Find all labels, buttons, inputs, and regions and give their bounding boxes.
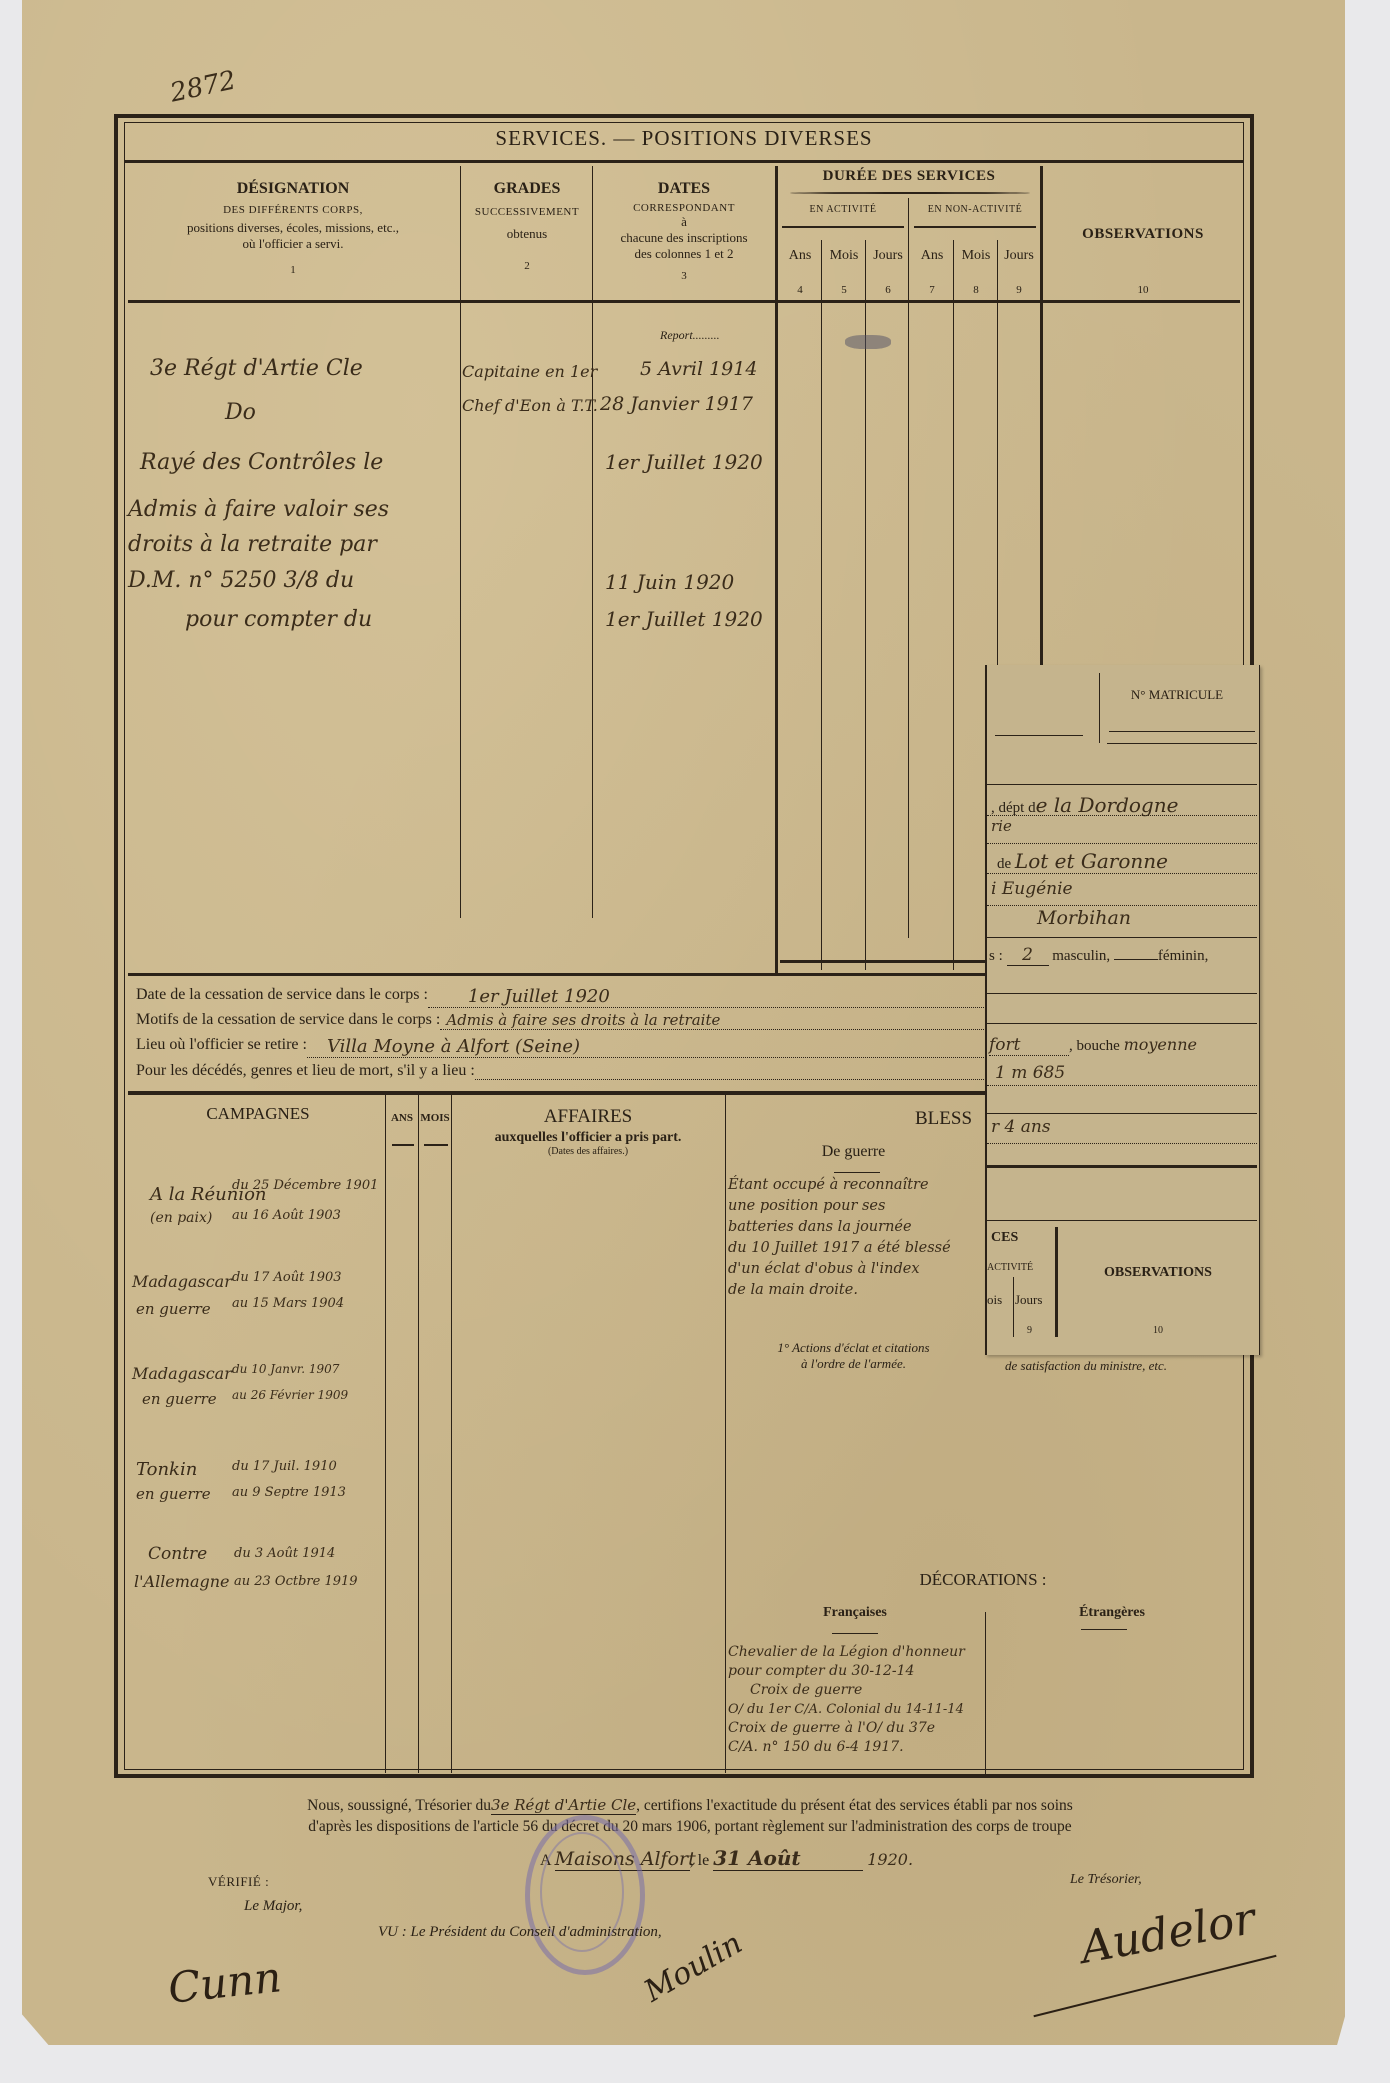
- slip-observations-divider: [1055, 1227, 1058, 1337]
- slip-de-value: Lot et Garonne: [1015, 849, 1168, 873]
- col-num-7: 7: [910, 284, 954, 296]
- decoration-line: Croix de guerre à l'O/ du 37e: [728, 1719, 984, 1738]
- campagne-sub: (en paix): [150, 1210, 212, 1226]
- cessation-lieu-value: Villa Moyne à Alfort (Seine): [307, 1036, 996, 1058]
- slip-mois-label: ois: [987, 1292, 1002, 1308]
- campagne-au: au 15 Mars 1904: [232, 1296, 344, 1311]
- col-num-8: 8: [954, 284, 998, 296]
- slip-row: [987, 993, 1257, 994]
- header-en-activite: EN ACTIVITÉ: [778, 204, 908, 215]
- duree-subheaders: Ans Mois Jours Ans Mois Jours: [778, 248, 1040, 264]
- campagnes-mois-header: MOIS: [419, 1112, 451, 1124]
- subcol-mois-non-activite: Mois: [954, 248, 998, 264]
- subcol-mois-activite: Mois: [822, 248, 866, 264]
- subcol-line: [865, 240, 866, 970]
- slip-line4: i Eugénie: [991, 879, 1073, 899]
- campagne-lieu: Madagascar: [132, 1364, 232, 1383]
- subcol-ans-non-activite: Ans: [910, 248, 954, 264]
- header-dates-line4: des colonnes 1 et 2: [594, 246, 774, 262]
- blessures-line: batteries dans la journée: [728, 1217, 988, 1238]
- tresorier-label: Le Trésorier,: [1070, 1872, 1142, 1888]
- slip-nez-value: fort: [989, 1035, 1069, 1056]
- decorations-francaises-header: Françaises: [726, 1605, 984, 1621]
- campagne-sub: en guerre: [142, 1390, 217, 1408]
- campagne-lieu: Contre: [148, 1544, 207, 1564]
- col-divider-1: [460, 166, 461, 918]
- col-num-6: 6: [866, 284, 910, 296]
- date-year: 1920.: [867, 1850, 913, 1869]
- slip-masculin-label: masculin,: [1052, 948, 1110, 964]
- major-label: Le Major,: [244, 1898, 302, 1915]
- slip-row: [987, 1165, 1257, 1168]
- header-grades-line1: SUCCESSIVEMENT: [462, 206, 592, 218]
- cessation-lieu-label: Lieu où l'officier se retire :: [136, 1036, 307, 1058]
- slip-dept-label: , dépt d: [991, 800, 1036, 816]
- slip-row: [987, 937, 1257, 938]
- campagnes-title: CAMPAGNES: [128, 1104, 388, 1124]
- blessures-line: Étant occupé à reconnaître: [728, 1175, 988, 1196]
- col-num-5: 5: [822, 284, 866, 296]
- affaires-header: AFFAIRES auxquelles l'officier a pris pa…: [452, 1106, 724, 1157]
- de-guerre-rule: [834, 1172, 880, 1173]
- row-date: 5 Avril 1914: [640, 358, 757, 380]
- header-dates-line1: CORRESPONDANT: [594, 202, 774, 214]
- campagne-lieu: Tonkin: [136, 1459, 197, 1480]
- row-designation: Rayé des Contrôles le: [140, 450, 383, 475]
- slip-row: [987, 905, 1257, 906]
- etrangeres-rule: [1081, 1629, 1127, 1630]
- slip-enfants-value: 2: [1007, 945, 1049, 966]
- blessures-line: du 10 Juillet 1917 a été blessé: [728, 1238, 988, 1259]
- header-bottom-rule: [128, 300, 1240, 303]
- decoration-line: Chevalier de la Légion d'honneur: [728, 1643, 984, 1662]
- col-num-1: 1: [128, 264, 458, 276]
- mois-divider: [451, 1095, 452, 1773]
- slip-de-label: de: [997, 856, 1011, 872]
- slip-row: [987, 1085, 1257, 1086]
- date-prefix: , le: [690, 1852, 710, 1869]
- actions-eclat: 1° Actions d'éclat et citations à l'ordr…: [726, 1340, 981, 1372]
- slip-num9: 9: [1027, 1325, 1032, 1336]
- certification-text-a: Nous, soussigné, Trésorier du: [307, 1797, 491, 1814]
- ans-divider: [418, 1095, 419, 1773]
- cessation-date-label: Date de la cessation de service dans le …: [136, 986, 428, 1008]
- decoration-line: O/ du 1er C/A. Colonial du 14-11-14: [728, 1700, 984, 1719]
- title-divider: [124, 160, 1244, 163]
- mois-rule: [424, 1144, 448, 1146]
- campagne-du: du 25 Décembre 1901: [232, 1178, 378, 1193]
- slip-row: [987, 784, 1257, 785]
- header-duree-title: DURÉE DES SERVICES: [778, 168, 1040, 185]
- campagne-au: au 9 Septre 1913: [232, 1485, 346, 1500]
- activite-brace: [782, 226, 904, 228]
- row-designation: pour compter du: [185, 607, 372, 632]
- slip-feminin-value: [1114, 959, 1158, 960]
- slip-ces-label: CES: [991, 1230, 1018, 1246]
- slip-divider: [1099, 673, 1100, 743]
- affaires-divider: [725, 1095, 726, 1773]
- header-non-activite: EN NON-ACTIVITÉ: [910, 204, 1040, 215]
- header-designation: DÉSIGNATION DES DIFFÉRENTS CORPS, positi…: [128, 180, 458, 276]
- duree-brace: [790, 192, 1030, 194]
- slip-jours-label: Jours: [1015, 1292, 1042, 1308]
- slip-duree-value: r 4 ans: [991, 1117, 1051, 1137]
- decorations-etrangeres-header: Étrangères: [984, 1605, 1240, 1621]
- campagne-du: du 10 Janvr. 1907: [232, 1362, 339, 1376]
- col-divider-2: [592, 166, 593, 918]
- slip-line5: Morbihan: [1037, 907, 1131, 929]
- subcol-ans-activite: Ans: [778, 248, 822, 264]
- slip-rule: [1109, 731, 1255, 732]
- slip-activite-label: ACTIVITÉ: [987, 1262, 1033, 1273]
- certification-corps-value: 3e Régt d'Artie Cle: [491, 1796, 636, 1815]
- header-designation-line3: où l'officier a servi.: [128, 236, 458, 252]
- slip-rule: [995, 735, 1083, 736]
- affaires-title: AFFAIRES: [452, 1106, 724, 1128]
- col-num-3: 3: [594, 270, 774, 282]
- subcol-line: [821, 240, 822, 970]
- slip-dept-value: e la Dordogne: [1036, 793, 1179, 817]
- slip-dept-field: , dépt de la Dordogne: [991, 793, 1178, 817]
- slip-feminin-label: féminin,: [1158, 948, 1208, 964]
- slip-bouche-field: fort, bouche moyenne: [989, 1035, 1197, 1056]
- ans-rule: [392, 1144, 414, 1146]
- pasted-slip: N° MATRICULE , dépt de la Dordogne rie d…: [985, 665, 1260, 1355]
- slip-row: [987, 1113, 1257, 1114]
- campagne-du: du 3 Août 1914: [234, 1546, 335, 1561]
- actions-eclat-line1: 1° Actions d'éclat et citations: [726, 1340, 981, 1356]
- row-date: 11 Juin 1920: [605, 570, 734, 594]
- campagne-sub: en guerre: [136, 1485, 211, 1503]
- cessation-deces-field: Pour les décédés, genres et lieu de mort…: [136, 1062, 996, 1080]
- col-num-4: 4: [778, 284, 822, 296]
- campagne-sub: en guerre: [136, 1300, 211, 1318]
- slip-row: [987, 1143, 1257, 1144]
- slip-enfants-label: s :: [989, 948, 1003, 964]
- header-dates: DATES CORRESPONDANT à chacune des inscri…: [594, 180, 774, 282]
- decoration-line: pour compter du 30-12-14: [728, 1662, 984, 1681]
- subcol-jours-non-activite: Jours: [998, 248, 1040, 264]
- satisfaction-ministre: de satisfaction du ministre, etc.: [1005, 1358, 1167, 1374]
- header-dates-line3: chacune des inscriptions: [594, 230, 774, 246]
- report-label: Report.........: [660, 328, 720, 343]
- slip-matricule-label: N° MATRICULE: [1102, 687, 1252, 703]
- header-designation-title: DÉSIGNATION: [128, 180, 458, 198]
- campagne-lieu: Madagascar: [132, 1272, 232, 1291]
- row-designation: Admis à faire valoir ses: [128, 497, 389, 522]
- row-date: 1er Juillet 1920: [605, 450, 763, 474]
- actions-eclat-line2: à l'ordre de l'armée.: [726, 1356, 981, 1372]
- campagne-sub: l'Allemagne: [134, 1572, 230, 1591]
- page-title: SERVICES. — POSITIONS DIVERSES: [124, 126, 1244, 151]
- row-date: 28 Janvier 1917: [600, 393, 753, 415]
- slip-bouche-value: moyenne: [1124, 1035, 1197, 1054]
- decoration-line: C/A. n° 150 du 6-4 1917.: [728, 1738, 984, 1757]
- ink-blot: [845, 335, 891, 349]
- row-designation: droits à la retraite par: [128, 532, 377, 557]
- certification-text-b: , certifions l'exactitude du présent éta…: [636, 1797, 1073, 1814]
- cessation-motifs-label: Motifs de la cessation de service dans l…: [136, 1011, 440, 1030]
- slip-row: [987, 1220, 1257, 1221]
- decorations-title: DÉCORATIONS :: [726, 1570, 1240, 1590]
- slip-de-field: de Lot et Garonne: [997, 849, 1168, 873]
- row-designation: Do: [225, 400, 256, 425]
- verifie-label: VÉRIFIÉ :: [208, 1874, 269, 1890]
- slip-row: [987, 873, 1257, 874]
- campagne-au: au 23 Octbre 1919: [234, 1574, 358, 1589]
- header-designation-line2: positions diverses, écoles, missions, et…: [128, 220, 458, 236]
- cessation-motifs-field: Motifs de la cessation de service dans l…: [136, 1011, 996, 1030]
- header-observations: OBSERVATIONS: [1043, 226, 1243, 243]
- slip-col-line: [1013, 1277, 1014, 1337]
- blessures-line: une position pour ses: [728, 1196, 988, 1217]
- cessation-deces-value: [475, 1062, 996, 1080]
- blessures-de-guerre: De guerre: [726, 1143, 981, 1161]
- subcol-line: [953, 240, 954, 970]
- slip-observations-label: OBSERVATIONS: [1059, 1265, 1257, 1281]
- row-designation: 3e Régt d'Artie Cle: [150, 356, 363, 381]
- header-grades-line2: obtenus: [462, 226, 592, 242]
- header-designation-line1: DES DIFFÉRENTS CORPS,: [128, 204, 458, 216]
- duree-colnums: 4 5 6 7 8 9: [778, 284, 1040, 296]
- slip-row: [987, 815, 1257, 816]
- slip-enfants-field: s : 2 masculin, féminin,: [989, 945, 1208, 966]
- subcol-jours-activite: Jours: [866, 248, 910, 264]
- duree-split: [908, 198, 909, 938]
- campagnes-divider: [385, 1095, 386, 1773]
- campagnes-ans-header: ANS: [386, 1112, 418, 1124]
- row-grade: Capitaine en 1er: [462, 362, 592, 381]
- header-duree: DURÉE DES SERVICES: [778, 168, 1040, 185]
- col-num-2: 2: [462, 260, 592, 272]
- president-label: VU : Le Président du Conseil d'administr…: [378, 1924, 662, 1941]
- header-grades-title: GRADES: [462, 180, 592, 198]
- non-activite-brace: [914, 226, 1036, 228]
- date-value: 31 Août: [713, 1846, 863, 1871]
- campagne-du: du 17 Juil. 1910: [232, 1459, 337, 1474]
- slip-taille-value: 1 m 685: [995, 1063, 1065, 1083]
- certification-line1: Nous, soussigné, Trésorier du3e Régt d'A…: [120, 1796, 1260, 1815]
- row-date: 1er Juillet 1920: [605, 607, 763, 631]
- affaires-note: (Dates des affaires.): [452, 1146, 724, 1157]
- blessures-line: d'un éclat d'obus à l'index: [728, 1259, 988, 1280]
- header-dates-line2: à: [594, 214, 774, 230]
- slip-line2: rie: [991, 817, 1012, 835]
- decorations-divider: [985, 1612, 986, 1774]
- cessation-deces-label: Pour les décédés, genres et lieu de mort…: [136, 1062, 475, 1080]
- col-num-9: 9: [998, 284, 1040, 296]
- slip-num10: 10: [1059, 1325, 1257, 1336]
- slip-bouche-label: , bouche: [1069, 1038, 1120, 1054]
- decoration-line: Croix de guerre: [728, 1681, 984, 1700]
- cessation-date-value: 1er Juillet 1920: [428, 986, 996, 1008]
- header-dates-title: DATES: [594, 180, 774, 198]
- campagne-du: du 17 Août 1903: [232, 1270, 342, 1285]
- slip-row: [987, 1023, 1257, 1024]
- header-grades: GRADES SUCCESSIVEMENT obtenus 2: [462, 180, 592, 272]
- blessures-text: Étant occupé à reconnaître une position …: [728, 1175, 988, 1301]
- blessures-line: de la main droite.: [728, 1280, 988, 1301]
- slip-rule: [1107, 743, 1257, 744]
- certification-line2: d'après les dispositions de l'article 56…: [110, 1818, 1270, 1836]
- francaises-rule: [832, 1633, 878, 1634]
- campagne-au: au 16 Août 1903: [232, 1208, 341, 1223]
- col-num-10: 10: [1043, 284, 1243, 296]
- cessation-date-field: Date de la cessation de service dans le …: [136, 986, 996, 1008]
- blessures-title: BLESS: [915, 1108, 972, 1130]
- affaires-subtitle: auxquelles l'officier a pris part.: [452, 1130, 724, 1146]
- row-grade: Chef d'Eon à T.T.: [462, 396, 592, 415]
- cessation-lieu-field: Lieu où l'officier se retire : Villa Moy…: [136, 1036, 996, 1058]
- row-designation: D.M. n° 5250 3/8 du: [128, 568, 354, 593]
- cessation-motifs-value: Admis à faire ses droits à la retraite: [440, 1011, 996, 1030]
- decorations-francaises-list: Chevalier de la Légion d'honneur pour co…: [728, 1643, 984, 1757]
- campagne-au: au 26 Février 1909: [232, 1388, 348, 1402]
- slip-row: [987, 843, 1257, 844]
